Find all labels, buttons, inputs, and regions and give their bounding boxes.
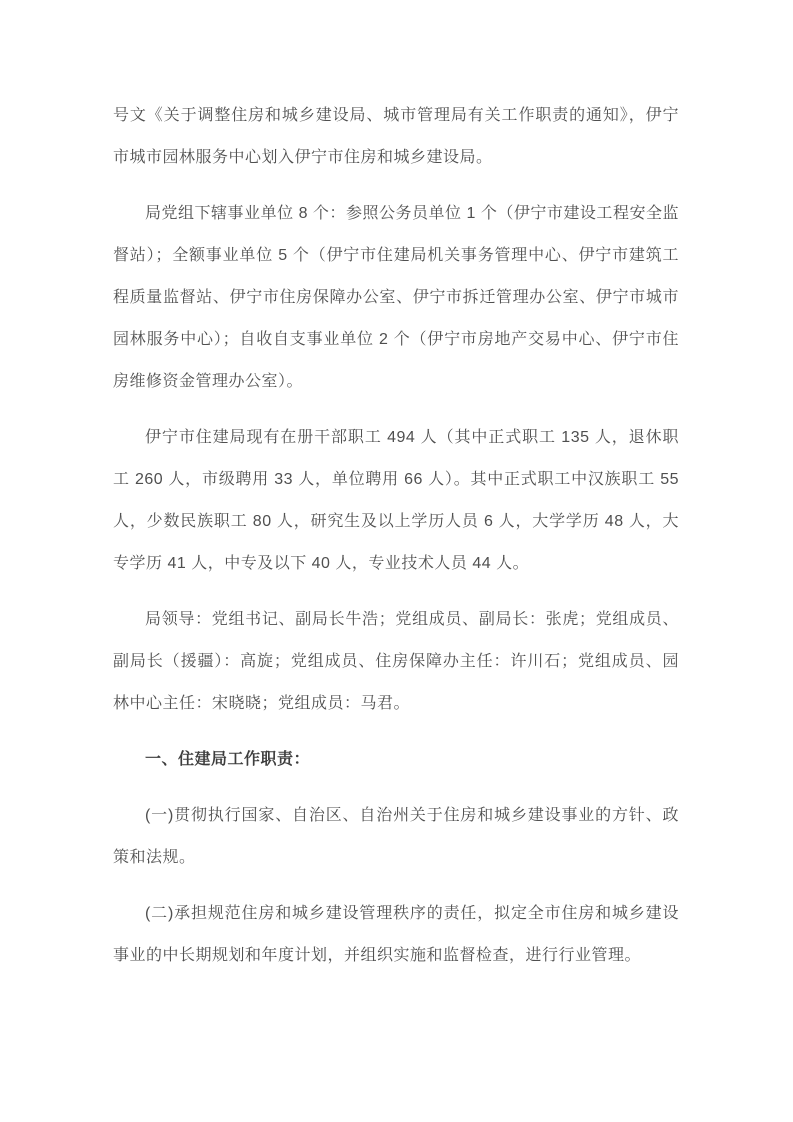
document-page: 号文《关于调整住房和城乡建设局、城市管理局有关工作职责的通知》，伊宁市城市园林服… xyxy=(0,0,793,1122)
document-body: 号文《关于调整住房和城乡建设局、城市管理局有关工作职责的通知》，伊宁市城市园林服… xyxy=(113,95,679,977)
paragraph: (一)贯彻执行国家、自治区、自治州关于住房和城乡建设事业的方针、政策和法规。 xyxy=(113,795,679,879)
paragraph: 局领导：党组书记、副局长牛浩；党组成员、副局长：张虎；党组成员、副局长（援疆）：… xyxy=(113,599,679,725)
paragraph: 局党组下辖事业单位 8 个：参照公务员单位 1 个（伊宁市建设工程安全监督站）；… xyxy=(113,193,679,403)
section-heading: 一、住建局工作职责： xyxy=(113,739,679,781)
paragraph: 伊宁市住建局现有在册干部职工 494 人（其中正式职工 135 人，退休职工 2… xyxy=(113,417,679,585)
paragraph: 号文《关于调整住房和城乡建设局、城市管理局有关工作职责的通知》，伊宁市城市园林服… xyxy=(113,95,679,179)
paragraph: (二)承担规范住房和城乡建设管理秩序的责任，拟定全市住房和城乡建设事业的中长期规… xyxy=(113,893,679,977)
